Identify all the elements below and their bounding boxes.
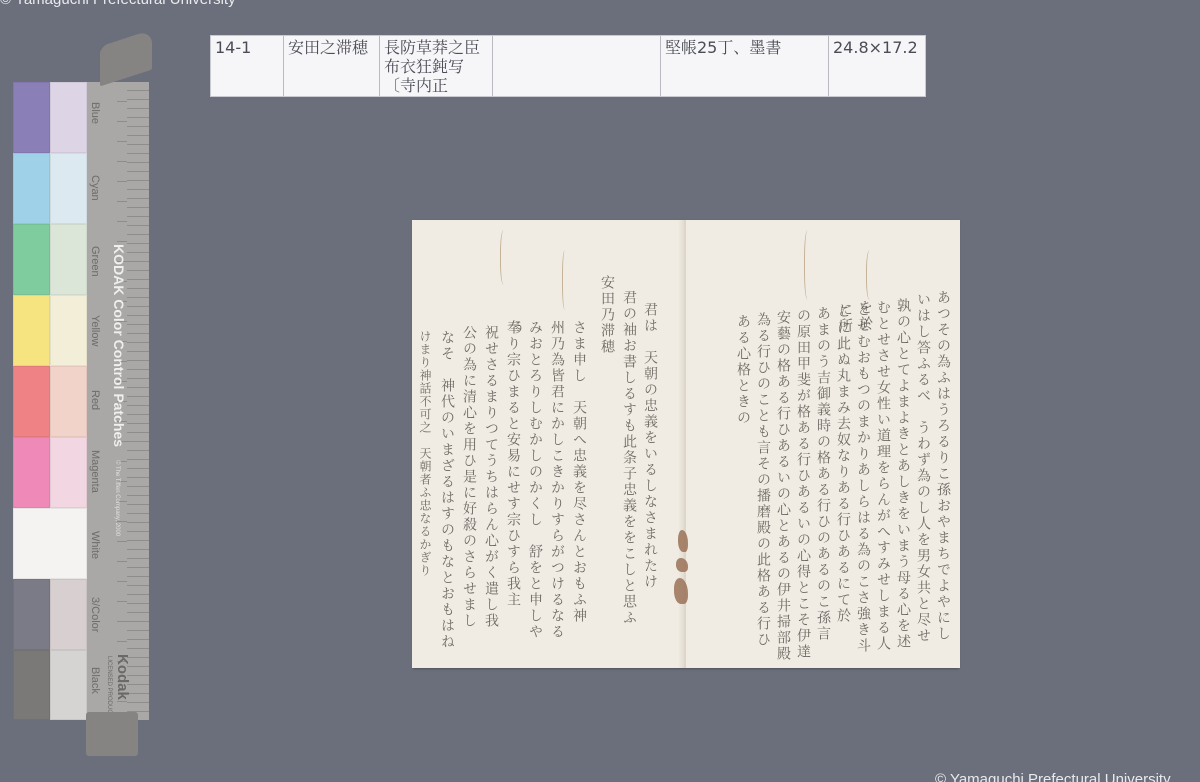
cell-blank xyxy=(493,36,661,96)
right-col-2: いはし答ふるべ うわず為のし人を男女共と尽せ xyxy=(914,292,932,652)
left-col-7: 奉り宗ひまると安易にせす宗ひすら我主 xyxy=(504,320,522,640)
right-col-7: あまのう吉御義時の格ある行ひのあるのこ孫言 xyxy=(814,306,832,666)
patch-row-white xyxy=(13,508,87,579)
wormhole-trace xyxy=(500,230,509,285)
left-col-2: 君の袖お書しるすも此条子忠義ををこしと思ふ xyxy=(620,290,638,660)
patch-red-light xyxy=(50,366,87,437)
kodak-licensed-label: LICENSED PRODUCT xyxy=(106,656,112,717)
cell-dimensions: 24.8×17.2 xyxy=(829,36,925,96)
patch-yellow-dark xyxy=(13,295,50,366)
left-col-11: けまり神話不可之 天朝者ふ忠なるかぎり xyxy=(416,330,434,650)
manuscript-page-right: あつその為ふはうろるりこ孫おやまちでよやにし いはし答ふるべ うわず為のし人を男… xyxy=(684,220,960,668)
left-col-8: 祝せさるまりつてうちはらん心がく遣し我 xyxy=(482,325,500,645)
patch-magenta-light xyxy=(50,437,87,508)
copyright-watermark-top: © Yamaguchi Prefectural University xyxy=(0,0,236,8)
patch-blue-dark xyxy=(13,82,50,153)
patch-magenta-dark xyxy=(13,437,50,508)
tape-top xyxy=(100,30,152,87)
patch-row-cyan xyxy=(13,153,87,224)
label-green: Green xyxy=(89,246,101,277)
cell-title: 長防草莽之臣布衣狂鈍写〔寺内正 xyxy=(380,36,493,96)
patch-cyan-dark xyxy=(13,153,50,224)
right-col-10: 為る行ひのことも言その播磨殿の此格ある行ひ xyxy=(754,312,772,672)
manuscript-page-left: 安田乃滞穂 君の袖お書しるすも此条子忠義ををこしと思ふ 君は 天朝の忠義をいるし… xyxy=(412,220,684,668)
patch-row-green xyxy=(13,224,87,295)
patch-red-dark xyxy=(13,366,50,437)
catalog-record-table: 14-1 安田之滞穂 長防草莽之臣布衣狂鈍写〔寺内正 堅帳25丁、墨書 24.8… xyxy=(210,35,926,97)
cell-author: 安田之滞穂 xyxy=(284,36,380,96)
patch-green-light xyxy=(50,224,87,295)
label-magenta: Magenta xyxy=(89,450,101,493)
wormhole-trace xyxy=(866,250,875,300)
patch-black-dark xyxy=(13,650,50,720)
patch-3color-light xyxy=(50,579,87,650)
right-col-3: 孰の心とてよまよきとあしきをいまう母る心を述 xyxy=(894,298,912,658)
left-col-1: 安田乃滞穂 xyxy=(598,275,616,645)
cell-format: 堅帳25丁、墨書 xyxy=(661,36,829,96)
color-control-patches xyxy=(13,82,87,720)
kodak-logo: Kodak xyxy=(114,654,131,700)
chart-copyright: © The Tiffen Company, 2000 xyxy=(114,460,120,536)
wormhole-trace xyxy=(804,230,813,300)
cell-item-number: 14-1 xyxy=(211,36,284,96)
label-3color: 3/Color xyxy=(89,597,101,632)
right-col-6: こに此ぬ丸まみ去奴なりある行ひあるにて於 xyxy=(834,304,852,664)
patch-3color-dark xyxy=(13,579,50,650)
right-col-1: あつその為ふはうろるりこ孫おやまちでよやにし xyxy=(934,290,952,650)
patch-yellow-light xyxy=(50,295,87,366)
right-col-8: の原田甲斐が格ある行ひあるいの心得とこそ伊達 xyxy=(794,308,812,668)
patch-green-dark xyxy=(13,224,50,295)
label-black: Black xyxy=(89,667,101,694)
label-blue: Blue xyxy=(89,102,101,124)
label-cyan: Cyan xyxy=(89,175,101,201)
patch-row-blue xyxy=(13,82,87,153)
patch-row-black xyxy=(13,650,87,720)
chart-title: KODAK Color Control Patches xyxy=(111,244,127,447)
label-red: Red xyxy=(89,390,101,410)
right-col-11: ある心格ときの xyxy=(734,314,752,674)
patch-black-light xyxy=(50,650,87,720)
paper-damage xyxy=(676,558,688,572)
wormhole-trace xyxy=(562,250,569,310)
patch-row-3color xyxy=(13,579,87,650)
patch-cyan-light xyxy=(50,153,87,224)
patch-blue-light xyxy=(50,82,87,153)
right-col-9: 安藝の格ある行ひあるいの心とあるの伊井掃部殿 xyxy=(774,310,792,670)
patch-row-magenta xyxy=(13,437,87,508)
measurement-ruler: KODAK Color Control Patches © The Tiffen… xyxy=(87,82,149,720)
patch-row-red xyxy=(13,366,87,437)
left-col-10: なそ 神代のいまざるはすのもなとおもはね xyxy=(438,330,456,650)
label-yellow: Yellow xyxy=(89,315,101,346)
ruler-inch-ticks xyxy=(127,82,149,720)
label-white: White xyxy=(89,531,101,559)
left-col-9: 公の為に清心を用ひ是に好殺のさらせまし xyxy=(460,325,478,645)
left-col-3: 君は 天朝の忠義をいるしなさまれたけ xyxy=(641,302,659,672)
tape-bottom xyxy=(86,712,138,756)
copyright-watermark-bottom: © Yamaguchi Prefectural University xyxy=(935,771,1171,782)
manuscript-spread: 安田乃滞穂 君の袖お書しるすも此条子忠義ををこしと思ふ 君は 天朝の忠義をいるし… xyxy=(412,220,958,668)
patch-white xyxy=(13,508,87,579)
left-col-4: さま申し 天朝へ忠義を尽さんとおもふ神 xyxy=(570,320,588,640)
patch-row-yellow xyxy=(13,295,87,366)
left-col-5: 州乃為皆君にかしこきかりすらがつけるなる xyxy=(548,320,566,640)
